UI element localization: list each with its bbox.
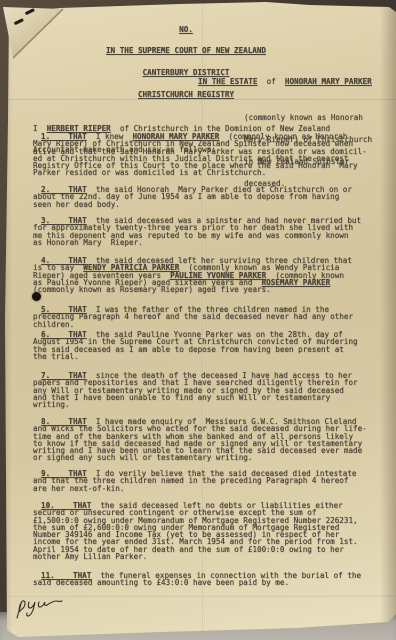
document-line: said deceased amounting to £43:0:0 have … xyxy=(33,579,396,586)
affidavit-paragraph: 10. THAT the said deceased left no debts… xyxy=(33,502,396,560)
affidavit-paragraph: 8. THAT I have made enquiry of Messieurs… xyxy=(33,418,396,462)
document-line: writing. xyxy=(33,401,396,408)
deponent-intro-line: I HERBERT RIEPER of Christchurch in the … xyxy=(33,125,330,132)
affidavit-paragraph: 5. THAT I was the father of the three ch… xyxy=(33,306,396,328)
document-line: the said deceased as I am able to depose… xyxy=(33,346,396,353)
document-line: children. xyxy=(33,321,396,328)
affidavit-paragraph: 11. THAT the funeral expenses in connect… xyxy=(33,572,396,587)
document-line: are her next-of-kin. xyxy=(33,485,396,492)
court-name: IN THE SUPREME COURT OF NEW ZEALAND xyxy=(106,46,266,55)
document-line: seen her dead body. xyxy=(33,201,396,208)
affidavit-paragraph: 1. THAT I knew HONORAH MARY PARKER (comm… xyxy=(33,133,396,177)
document-line: I HERBERT RIEPER of Christchurch in the … xyxy=(33,125,330,132)
affidavit-paper: NO. IN THE SUPREME COURT OF NEW ZEALAND … xyxy=(0,0,396,640)
handwritten-initials xyxy=(14,593,72,623)
document-line: Parker resided or was domiciled is at Ch… xyxy=(33,169,396,176)
affidavit-paragraph: 4. THAT the said deceased left her survi… xyxy=(33,257,396,293)
document-line: the trial. xyxy=(33,353,396,360)
document-line: or signed any such will or testamentary … xyxy=(33,454,396,461)
affidavit-paragraph: 9. THAT I do verily believe that the sai… xyxy=(33,470,396,492)
document-line: IN THE ESTATE of HONORAH MARY PARKER xyxy=(198,78,372,85)
affidavit-paragraph: 3. THAT the said deceased was a spinster… xyxy=(33,217,396,246)
document-line: (commonly known as Rosemary Rieper) aged… xyxy=(33,286,396,293)
affidavit-paragraph: 7. THAT since the death of the deceased … xyxy=(33,372,396,408)
document-line: and that I have been unable to find any … xyxy=(33,394,396,401)
document-line: mother Amy Lilian Parker. xyxy=(33,553,396,560)
case-number-label: NO. xyxy=(179,25,193,34)
document-line: preceding Paragraph 4 hereof and the sai… xyxy=(33,313,396,320)
document-line: as Honorah Mary Rieper. xyxy=(33,239,396,246)
hole-punch-dot xyxy=(32,292,41,301)
estate-heading-line: IN THE ESTATE of HONORAH MARY PARKER xyxy=(198,78,372,85)
affidavit-paragraph: 2. THAT the said Honorah Mary Parker die… xyxy=(33,186,396,208)
affidavit-paragraph: 6. THAT the said Pauline Yvonne Parker w… xyxy=(33,331,396,360)
photograph-of-affidavit: NO. IN THE SUPREME COURT OF NEW ZEALAND … xyxy=(0,0,396,640)
folded-corner xyxy=(0,0,80,70)
